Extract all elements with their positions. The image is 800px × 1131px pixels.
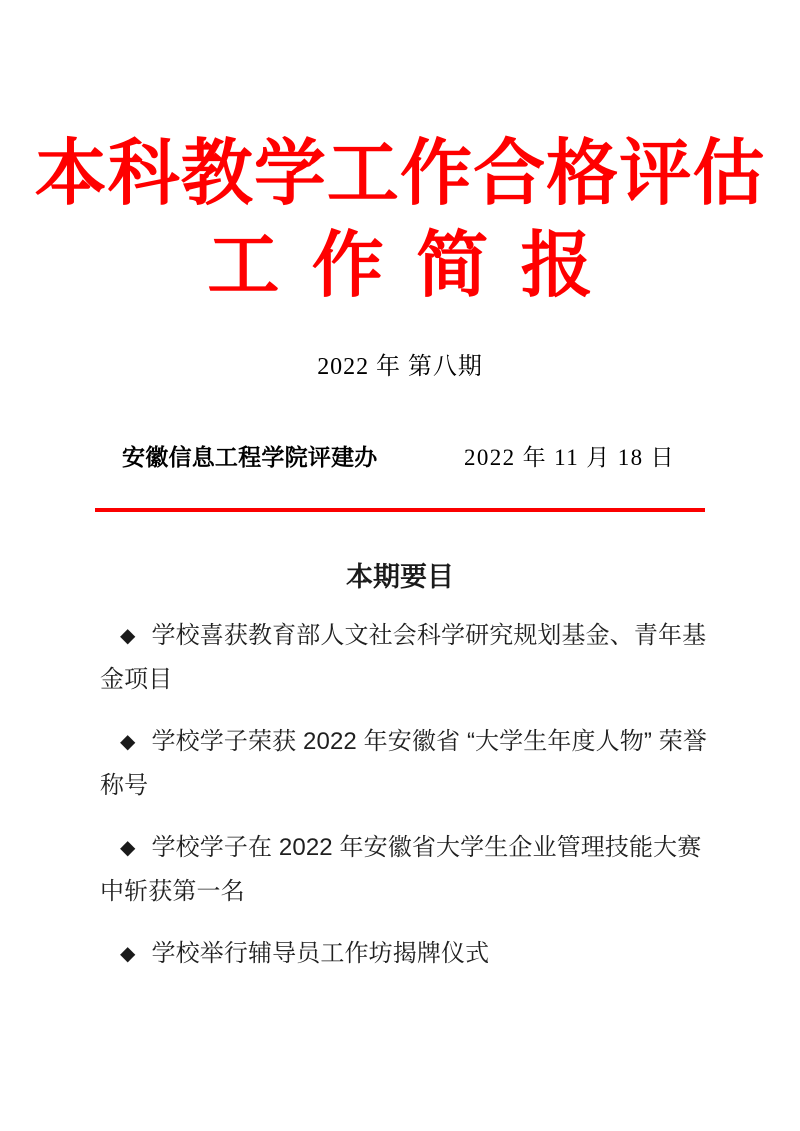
contents-item: ◆学校举行辅导员工作坊揭牌仪式 [100, 932, 712, 976]
contents-list: ◆学校喜获教育部人文社会科学研究规划基金、青年基金项目◆学校学子荣获 2022 … [100, 614, 712, 976]
contents-item-text: 学校喜获教育部人文社会科学研究规划基金、青年基金项目 [100, 622, 706, 693]
diamond-bullet-icon: ◆ [120, 932, 136, 976]
bulletin-title-line2: 工作简报 [0, 220, 800, 312]
issue-number: 2022 年 第八期 [0, 352, 800, 382]
red-divider-rule [95, 508, 705, 512]
diamond-bullet-icon: ◆ [120, 720, 136, 764]
publisher-row: 安徽信息工程学院评建办 2022 年 11 月 18 日 [0, 443, 800, 473]
bulletin-cover-page: 本科教学工作合格评估 工作简报 2022 年 第八期 安徽信息工程学院评建办 2… [0, 0, 800, 1131]
contents-item: ◆学校学子荣获 2022 年安徽省 “大学生年度人物” 荣誉称号 [100, 720, 712, 808]
contents-item-text: 学校学子在 2022 年安徽省大学生企业管理技能大赛中斩获第一名 [100, 834, 701, 905]
publisher-name: 安徽信息工程学院评建办 [122, 443, 378, 473]
contents-item-text: 学校举行辅导员工作坊揭牌仪式 [152, 940, 490, 967]
diamond-bullet-icon: ◆ [120, 614, 136, 658]
diamond-bullet-icon: ◆ [120, 826, 136, 870]
bulletin-title-line1: 本科教学工作合格评估 [0, 128, 800, 220]
bulletin-masthead: 本科教学工作合格评估 工作简报 [0, 128, 800, 312]
contents-item: ◆学校学子在 2022 年安徽省大学生企业管理技能大赛中斩获第一名 [100, 826, 712, 914]
contents-item: ◆学校喜获教育部人文社会科学研究规划基金、青年基金项目 [100, 614, 712, 702]
publish-date: 2022 年 11 月 18 日 [464, 443, 675, 473]
contents-item-text: 学校学子荣获 2022 年安徽省 “大学生年度人物” 荣誉称号 [100, 728, 707, 799]
contents-heading: 本期要目 [0, 560, 800, 594]
